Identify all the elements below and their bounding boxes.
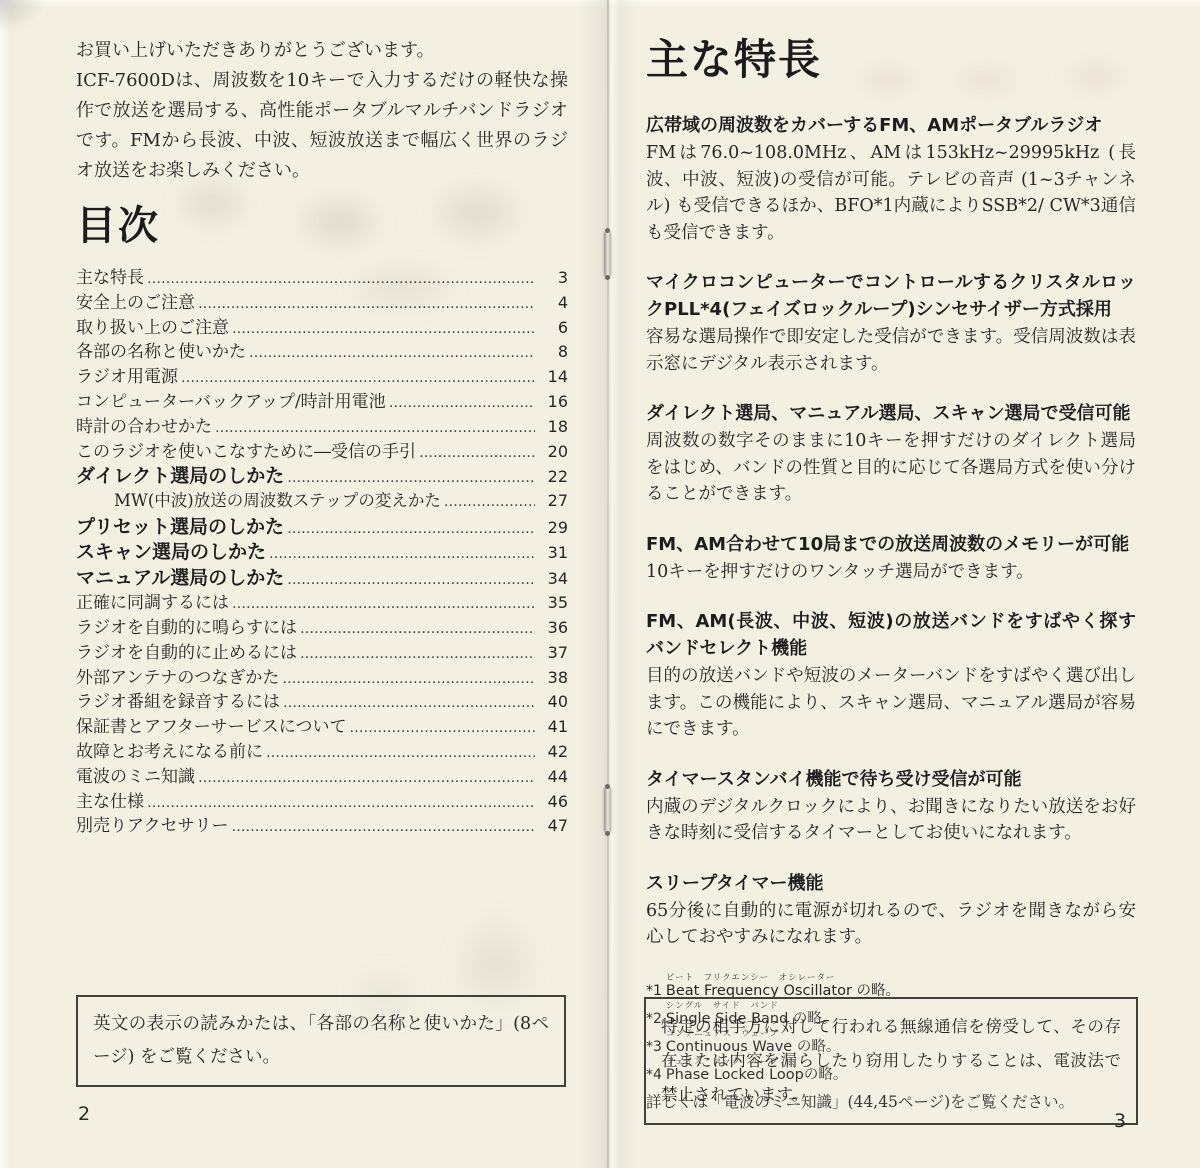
toc-item-page: 16 — [538, 392, 568, 411]
toc-item: 正確に同調するには 35 — [76, 588, 568, 613]
footnote-ruby: ビート フリクエンシー オシレーター — [666, 974, 900, 983]
feature-heading: FM、AM合わせて10局までの放送周波数のメモリーが可能 — [646, 531, 1136, 558]
toc-leader-dots — [147, 795, 535, 811]
toc-leader-dots — [232, 819, 536, 835]
toc-item: ラジオを自動的に止めるには 37 — [76, 638, 568, 663]
left-page: お買い上げいただきありがとうございます。 ICF-7600Dは、周波数を10キー… — [76, 36, 568, 836]
toc-leader-dots — [419, 445, 535, 461]
toc-item: このラジオを使いこなすために―受信の手引 20 — [76, 437, 568, 462]
staple — [604, 231, 611, 277]
toc-item: 保証書とアフターサービスについて 41 — [76, 712, 568, 737]
scan-corner-shadow — [0, 0, 46, 34]
toc-item-label: 別売りアクセサリー — [76, 811, 229, 836]
toc-item: 取り扱い上のご注意 6 — [76, 313, 568, 338]
toc-leader-dots — [198, 770, 535, 786]
toc-item-page: 40 — [538, 692, 568, 711]
toc-item: 主な仕様 46 — [76, 787, 568, 812]
spine-fold-line — [607, 0, 609, 1168]
toc-item: 電波のミニ知識 44 — [76, 762, 568, 787]
right-note-box: 特定の相手方に対して行われる無線通信を傍受して、その存在または内容を漏らしたり窃… — [644, 997, 1138, 1125]
feature-section: マイクロコンピューターでコントロールするクリスタルロックPLL*4(フェイズロッ… — [646, 269, 1136, 377]
toc-item-page: 38 — [538, 668, 568, 687]
left-note-box: 英文の表示の読みかたは、「各部の名称と使いかた」(8ページ) をご覧ください。 — [76, 995, 566, 1087]
feature-body: 内蔵のデジタルクロックにより、お聞きになりたい放送をお好きな時刻に受信するタイマ… — [646, 794, 1136, 847]
feature-list: 広帯域の周波数をカバーするFM、AMポータブルラジオ FMは76.0~108.0… — [646, 112, 1136, 951]
page-number-right: 3 — [1114, 1110, 1126, 1132]
toc-leader-dots — [389, 395, 535, 411]
toc-leader-dots — [444, 494, 535, 510]
toc-item-page: 41 — [538, 717, 568, 736]
feature-section: ダイレクト選局、マニュアル選局、スキャン選局で受信可能 周波数の数字そのままに1… — [646, 400, 1136, 508]
page-number-left: 2 — [78, 1103, 90, 1125]
toc-leader-dots — [232, 596, 535, 612]
toc-item: マニュアル選局のしかた 34 — [76, 563, 568, 589]
feature-body: 65分後に自動的に電源が切れるので、ラジオを聞きながら安心しておやすみになれます… — [646, 898, 1136, 951]
toc-item: スキャン選局のしかた 31 — [76, 537, 568, 563]
feature-heading: タイマースタンバイ機能で待ち受け受信が可能 — [646, 766, 1136, 793]
toc-item-label: 電波のミニ知識 — [76, 762, 195, 787]
page-title: 主な特長 — [646, 34, 1136, 86]
feature-body: 周波数の数字そのままに10キーを押すだけのダイレクト選局をはじめ、バンドの性質と… — [646, 428, 1136, 508]
feature-body: 10キーを押すだけのワンタッチ選局ができます。 — [646, 559, 1136, 586]
feature-heading: スリープタイマー機能 — [646, 870, 1136, 897]
toc-item-page: 27 — [538, 491, 568, 510]
toc-item: 主な特長 3 — [76, 263, 568, 288]
toc-item-label: 取り扱い上のご注意 — [76, 313, 229, 338]
toc-item: 各部の名称と使いかた 8 — [76, 337, 568, 362]
toc-title: 目次 — [76, 202, 568, 250]
toc-item-page: 3 — [538, 268, 568, 287]
toc-item-label: 故障とお考えになる前に — [76, 737, 263, 762]
toc-item-page: 14 — [538, 367, 568, 386]
feature-body: 目的の放送バンドや短波のメーターバンドをすばやく選び出します。この機能により、ス… — [646, 663, 1136, 743]
toc-item-label: ラジオを自動的に鳴らすには — [76, 613, 297, 638]
toc-item-label: 各部の名称と使いかた — [76, 337, 246, 362]
toc-item: 安全上のご注意 4 — [76, 288, 568, 313]
toc-leader-dots — [198, 296, 535, 312]
toc-item-label: プリセット選局のしかた — [76, 512, 284, 539]
toc-item-page: 47 — [538, 816, 568, 835]
toc-item: 時計の合わせかた 18 — [76, 412, 568, 437]
toc-item-page: 4 — [538, 293, 568, 312]
toc-item-page: 34 — [538, 569, 568, 588]
toc-leader-dots — [269, 546, 535, 562]
feature-section: スリープタイマー機能 65分後に自動的に電源が切れるので、ラジオを聞きながら安心… — [646, 870, 1136, 951]
toc-leader-dots — [300, 621, 535, 637]
toc-item: 外部アンテナのつなぎかた 38 — [76, 663, 568, 688]
toc-leader-dots — [215, 420, 535, 436]
feature-body: 容易な選局操作で即安定した受信ができます。受信周波数は表示窓にデジタル表示されま… — [646, 324, 1136, 377]
toc-leader-dots — [283, 695, 535, 711]
toc-item-label: MW(中波)放送の周波数ステップの変えかた — [114, 487, 441, 511]
toc-item-label: 主な仕様 — [76, 787, 144, 812]
toc-item: ラジオ番組を録音するには 40 — [76, 687, 568, 712]
toc-item: 別売りアクセサリー 47 — [76, 811, 568, 836]
left-note-text: 英文の表示の読みかたは、「各部の名称と使いかた」(8ページ) をご覧ください。 — [93, 1014, 549, 1067]
toc-item-label: ダイレクト選局のしかた — [76, 461, 284, 488]
toc-item-page: 18 — [538, 417, 568, 436]
toc-leader-dots — [147, 271, 535, 287]
toc-item-label: 主な特長 — [76, 263, 144, 288]
toc-item: ダイレクト選局のしかた 22 — [76, 461, 568, 487]
toc-item: プリセット選局のしかた 29 — [76, 512, 568, 538]
toc-item: コンピューターバックアップ/時計用電池 16 — [76, 387, 568, 412]
toc-item-label: 安全上のご注意 — [76, 288, 195, 313]
feature-section: FM、AM合わせて10局までの放送周波数のメモリーが可能 10キーを押すだけのワ… — [646, 531, 1136, 586]
toc-item: ラジオを自動的に鳴らすには 36 — [76, 613, 568, 638]
toc-item-page: 35 — [538, 593, 568, 612]
toc-item-label: 外部アンテナのつなぎかた — [76, 663, 279, 688]
toc-leader-dots — [266, 745, 535, 761]
right-page: 主な特長 広帯域の周波数をカバーするFM、AMポータブルラジオ FMは76.0~… — [646, 34, 1136, 1128]
toc-item-page: 44 — [538, 767, 568, 786]
intro-greeting: お買い上げいただきありがとうございます。 — [76, 36, 568, 66]
toc-item: MW(中波)放送の周波数ステップの変えかた 27 — [76, 487, 568, 512]
toc-leader-dots — [287, 572, 535, 588]
toc-item-page: 46 — [538, 792, 568, 811]
toc-item-page: 20 — [538, 442, 568, 461]
intro-description: ICF-7600Dは、周波数を10キーで入力するだけの軽快な操作で放送を選局する… — [76, 66, 568, 186]
toc-item-page: 29 — [538, 518, 568, 537]
toc-item: 故障とお考えになる前に 42 — [76, 737, 568, 762]
toc-leader-dots — [287, 521, 535, 537]
toc-item-label: 保証書とアフターサービスについて — [76, 712, 346, 737]
intro-paragraph: お買い上げいただきありがとうございます。 ICF-7600Dは、周波数を10キー… — [76, 36, 568, 186]
toc-leader-dots — [282, 671, 535, 687]
toc-leader-dots — [300, 646, 535, 662]
toc-item: ラジオ用電源 14 — [76, 362, 568, 387]
toc-item-label: このラジオを使いこなすために―受信の手引 — [76, 437, 416, 462]
toc-item-label: スキャン選局のしかた — [76, 537, 266, 564]
footnote: *1 ビート フリクエンシー オシレーター Beat Frequency Osc… — [646, 974, 1136, 999]
feature-heading: マイクロコンピューターでコントロールするクリスタルロックPLL*4(フェイズロッ… — [646, 269, 1136, 323]
toc-item-page: 37 — [538, 643, 568, 662]
toc-item-label: ラジオ番組を録音するには — [76, 687, 280, 712]
footnote-content: ビート フリクエンシー オシレーター Beat Frequency Oscill… — [666, 974, 900, 999]
manual-scan-spread: { "left_page": { "intro": { "greeting": … — [0, 0, 1200, 1168]
toc-item-page: 36 — [538, 618, 568, 637]
toc-item-label: ラジオを自動的に止めるには — [76, 638, 297, 663]
toc-item-label: 正確に同調するには — [76, 588, 229, 613]
feature-heading: ダイレクト選局、マニュアル選局、スキャン選局で受信可能 — [646, 400, 1136, 427]
toc-leader-dots — [287, 470, 535, 486]
toc-list: 主な特長 3 安全上のご注意 4 取り扱い上のご注意 6 各部の名称と使いかた … — [76, 263, 568, 836]
toc-leader-dots — [232, 321, 535, 337]
feature-heading: 広帯域の周波数をカバーするFM、AMポータブルラジオ — [646, 112, 1136, 139]
toc-item-page: 22 — [538, 467, 568, 486]
toc-item-label: マニュアル選局のしかた — [76, 563, 284, 590]
feature-section: 広帯域の周波数をカバーするFM、AMポータブルラジオ FMは76.0~108.0… — [646, 112, 1136, 246]
toc-item-label: ラジオ用電源 — [76, 362, 178, 387]
staple — [604, 787, 611, 833]
toc-item-page: 42 — [538, 742, 568, 761]
feature-body: FMは76.0~108.0MHz、AMは153kHz~29995kHz (長波、… — [646, 140, 1136, 246]
toc-item-page: 31 — [538, 543, 568, 562]
toc-item-label: コンピューターバックアップ/時計用電池 — [76, 387, 386, 412]
toc-item-page: 6 — [538, 318, 568, 337]
toc-item-page: 8 — [538, 342, 568, 361]
feature-section: FM、AM(長波、中波、短波)の放送バンドをすばやく探すバンドセレクト機能 目的… — [646, 608, 1136, 743]
feature-section: タイマースタンバイ機能で待ち受け受信が可能 内蔵のデジタルクロックにより、お聞き… — [646, 766, 1136, 847]
scan-edge — [0, 0, 10, 1168]
toc-leader-dots — [349, 720, 535, 736]
toc-item-label: 時計の合わせかた — [76, 412, 212, 437]
right-note-text: 特定の相手方に対して行われる無線通信を傍受して、その存在または内容を漏らしたり窃… — [661, 1017, 1121, 1104]
toc-leader-dots — [181, 370, 535, 386]
feature-heading: FM、AM(長波、中波、短波)の放送バンドをすばやく探すバンドセレクト機能 — [646, 608, 1136, 662]
toc-leader-dots — [249, 345, 535, 361]
